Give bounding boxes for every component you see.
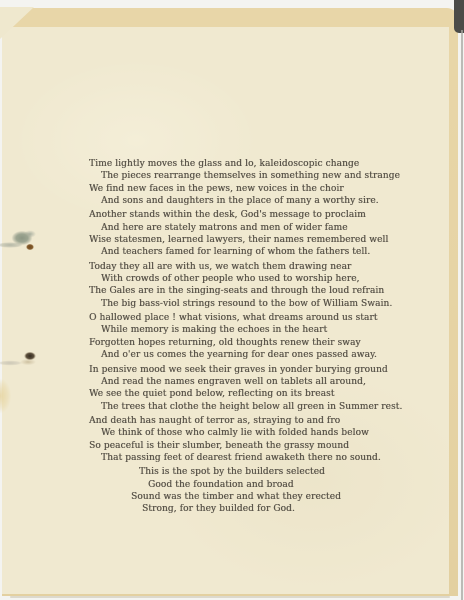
poem-stanza-closing: This is the spot by the builders selecte…	[89, 466, 419, 515]
binding-residue-upper	[0, 226, 54, 254]
poem-line: And death has naught of terror as, stray…	[89, 415, 419, 427]
poem-line: The trees that clothe the height below a…	[89, 401, 419, 413]
left-edge-stain	[0, 374, 17, 418]
poem-line: And o'er us comes the yearning for dear …	[89, 349, 419, 361]
poem-stanza: Another stands within the desk, God's me…	[89, 209, 419, 258]
poem-stanza: In pensive mood we seek their graves in …	[89, 364, 419, 413]
poem-line: The Gales are in the singing-seats and t…	[89, 285, 419, 297]
poem-line: With crowds of other people who used to …	[89, 273, 419, 285]
poem-line: Today they all are with us, we watch the…	[89, 261, 419, 273]
poem-line: We think of those who calmly lie with fo…	[89, 427, 419, 439]
poem-line: This is the spot by the builders selecte…	[131, 466, 419, 478]
scanner-edge-line	[461, 30, 463, 600]
scanned-document: Time lightly moves the glass and lo, kal…	[0, 0, 464, 600]
page-bottom-edge	[10, 596, 450, 598]
poem-stanza: O hallowed place ! what visions, what dr…	[89, 312, 419, 361]
poem-line: Good the foundation and broad	[131, 479, 419, 491]
poem-line: And sons and daughters in the place of m…	[89, 195, 419, 207]
poem-stanza: Time lightly moves the glass and lo, kal…	[89, 158, 419, 207]
poem-line: So peaceful is their slumber, beneath th…	[89, 440, 419, 452]
poem-line: In pensive mood we seek their graves in …	[89, 364, 419, 376]
poem-line: We find new faces in the pews, new voice…	[89, 183, 419, 195]
poem-line: Forgotten hopes returning, old thoughts …	[89, 337, 419, 349]
poem-line: And read the names engraven well on tabl…	[89, 376, 419, 388]
binding-residue-lower	[0, 346, 50, 372]
poem-line: Wise statesmen, learned lawyers, their n…	[89, 234, 419, 246]
poem: Time lightly moves the glass and lo, kal…	[89, 158, 419, 518]
poem-line: The big bass-viol strings resound to the…	[89, 298, 419, 310]
poem-line: Strong, for they builded for God.	[131, 503, 419, 515]
page: Time lightly moves the glass and lo, kal…	[2, 27, 449, 594]
poem-line: Time lightly moves the glass and lo, kal…	[89, 158, 419, 170]
poem-line: Sound was the timber and what they erect…	[131, 491, 419, 503]
poem-line: That passing feet of dearest friend awak…	[89, 452, 419, 464]
poem-line: We see the quiet pond below, reflecting …	[89, 388, 419, 400]
poem-line: O hallowed place ! what visions, what dr…	[89, 312, 419, 324]
poem-line: Another stands within the desk, God's me…	[89, 209, 419, 221]
poem-line: And here are stately matrons and men of …	[89, 222, 419, 234]
poem-line: The pieces rearrange themselves in somet…	[89, 170, 419, 182]
poem-line: And teachers famed for learning of whom …	[89, 246, 419, 258]
scanner-edge-dark-corner	[454, 0, 464, 33]
poem-line: While memory is making the echoes in the…	[89, 324, 419, 336]
poem-stanza: And death has naught of terror as, stray…	[89, 415, 419, 464]
poem-stanza: Today they all are with us, we watch the…	[89, 261, 419, 310]
